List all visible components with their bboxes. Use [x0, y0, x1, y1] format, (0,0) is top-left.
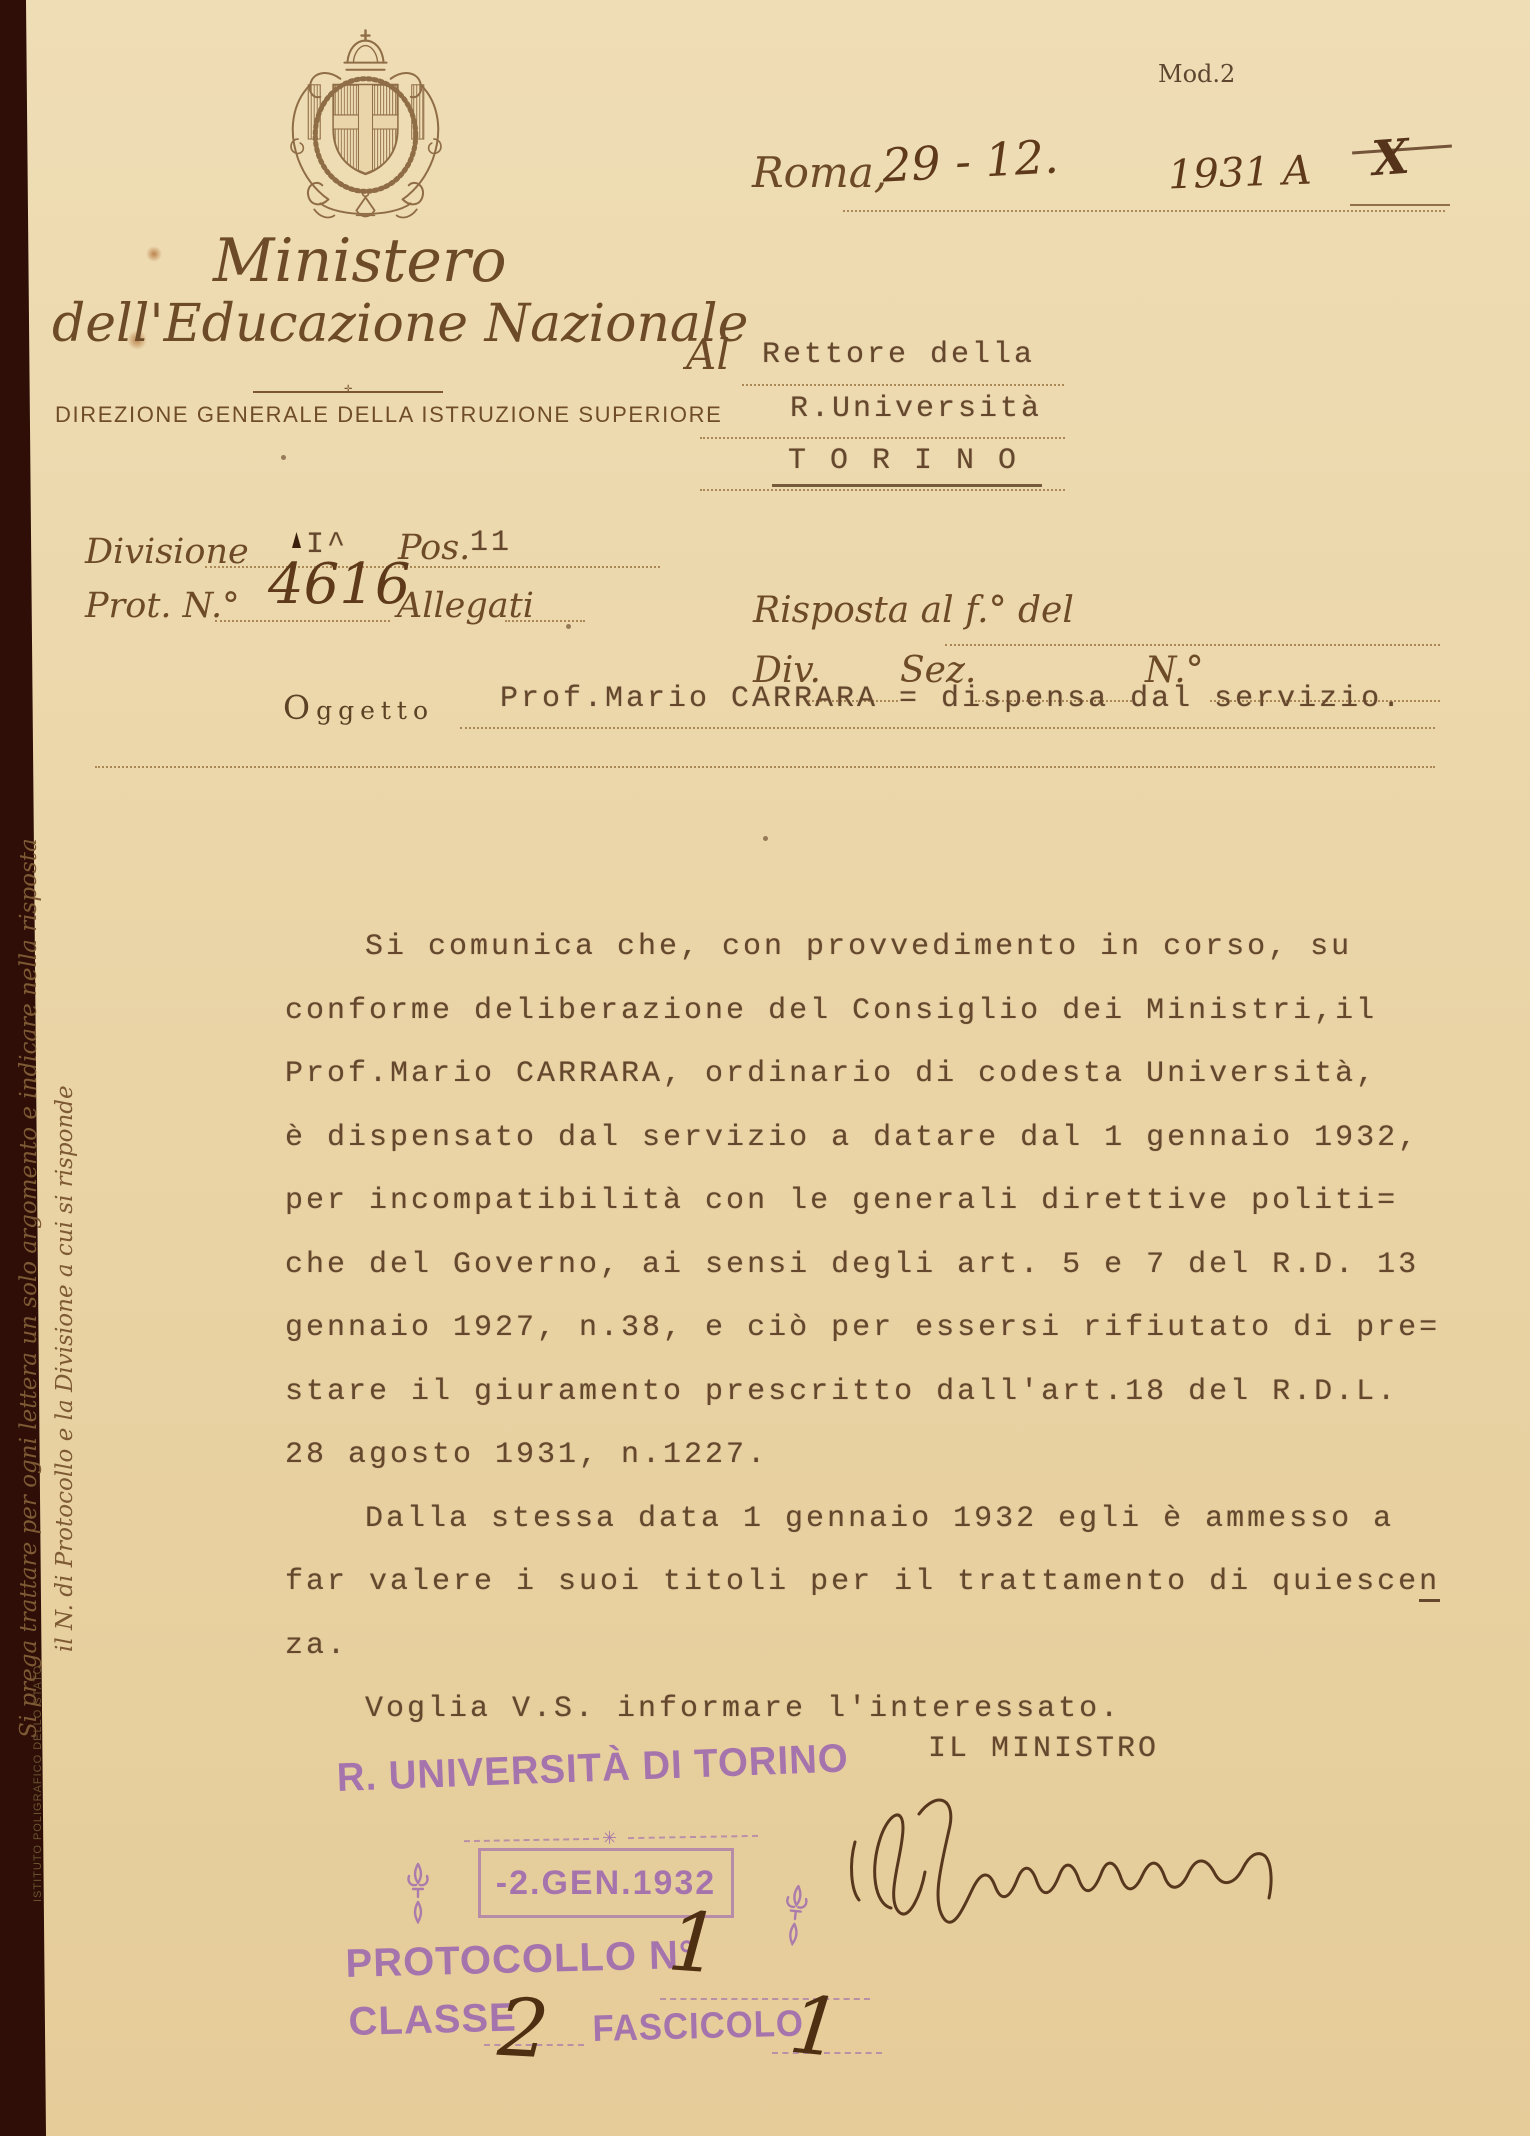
letter-body: Si comunica che, con provvedimento in co…	[285, 916, 1435, 1742]
ruled-line	[700, 437, 1065, 439]
ruled-line	[843, 210, 1445, 212]
margin-note-line1: Si prega trattare per ogni lettera un so…	[16, 838, 42, 1738]
body-line: stare il giuramento prescritto dall'art.…	[285, 1361, 1435, 1425]
body-line: Si comunica che, con provvedimento in co…	[285, 916, 1435, 980]
city-underline	[772, 484, 1042, 487]
recipient-line2: R.Università	[790, 392, 1042, 426]
risposta-label: Risposta al f.° del	[753, 590, 1074, 631]
subject-value: Prof.Mario CARRARA = dispensa dal serviz…	[500, 682, 1403, 716]
signature-scrawl	[845, 1778, 1277, 1968]
body-line: è dispensato dal servizio a datare dal 1…	[285, 1107, 1435, 1171]
body-line: Prof.Mario CARRARA, ordinario di codesta…	[285, 1043, 1435, 1107]
margin-note-line2: il N. di Protocollo e la Divisione a cui…	[52, 1085, 78, 1652]
signatory-title: IL MINISTRO	[928, 1732, 1159, 1766]
ink-speck	[763, 836, 768, 841]
fascicolo-label: FASCICOLO	[592, 2002, 804, 2050]
body-line: far valere i suoi titoli per il trattame…	[285, 1551, 1435, 1615]
divider-ornament-icon: ✛	[344, 386, 352, 394]
printer-imprint: ISTITUTO POLIGRAFICO DELLO STATO	[32, 1665, 44, 1902]
fascicolo-value-handwritten: 1	[785, 1978, 845, 2076]
ruled-line	[95, 766, 1435, 768]
asterisk-ornament-icon: ✳	[602, 1828, 617, 1849]
form-model-label: Mod.2	[1158, 60, 1235, 88]
pos-value: 11	[470, 526, 512, 560]
ministry-name-line2: dell'Educazione Nazionale	[52, 294, 748, 354]
protocollo-value-handwritten: 1	[665, 1894, 724, 1992]
recipient-city: T O R I N O	[788, 444, 1019, 478]
ministry-name-line1: Ministero	[213, 226, 507, 296]
rust-spot	[146, 246, 162, 262]
body-line: che del Governo, ai sensi degli art. 5 e…	[285, 1234, 1435, 1298]
ruled-line	[460, 727, 1435, 729]
ruled-line	[700, 489, 1065, 491]
body-line: Voglia V.S. informare l'interessato.	[285, 1678, 1435, 1742]
ruled-line	[215, 620, 390, 622]
fleur-de-lis-icon	[405, 1862, 431, 1931]
protocol-number-value-handwritten: 4616	[268, 552, 411, 617]
body-line: conforme deliberazione del Consiglio dei…	[285, 980, 1435, 1044]
body-line: za.	[285, 1615, 1435, 1679]
classe-value-handwritten: 2	[496, 1981, 552, 2077]
ruled-line	[742, 384, 1064, 386]
protocollo-label: PROTOCOLLO N°	[345, 1933, 697, 1987]
dateline-year-handwritten: 1931 A	[1167, 148, 1312, 199]
ruled-line	[945, 644, 1440, 646]
dateline-day-month-handwritten: 29 - 12.	[881, 129, 1060, 192]
continuation-underline: n	[1419, 1565, 1440, 1602]
ruled-line	[505, 620, 585, 622]
body-line: Dalla stessa data 1 gennaio 1932 egli è …	[285, 1488, 1435, 1552]
coat-of-arms-icon	[268, 26, 464, 233]
dateline-place-label: Roma,	[752, 148, 887, 197]
ink-speck	[281, 455, 286, 460]
body-line: per incompatibilità con le generali dire…	[285, 1170, 1435, 1234]
era-year-mark: X	[1370, 129, 1411, 187]
ink-speck	[566, 624, 571, 629]
recipient-line1: Rettore della	[762, 338, 1035, 372]
body-line: 28 agosto 1931, n.1227.	[285, 1424, 1435, 1488]
scanned-letter-page: Mod.2	[0, 0, 1530, 2136]
body-line: gennaio 1927, n.38, e ciò per essersi ri…	[285, 1297, 1435, 1361]
era-underline	[1350, 204, 1450, 206]
classe-label: CLASSE	[348, 1996, 517, 2045]
recipient-al-label: Al	[686, 330, 730, 379]
directorate-label: DIREZIONE GENERALE DELLA ISTRUZIONE SUPE…	[55, 402, 722, 428]
subject-label: Oggetto	[283, 688, 434, 727]
